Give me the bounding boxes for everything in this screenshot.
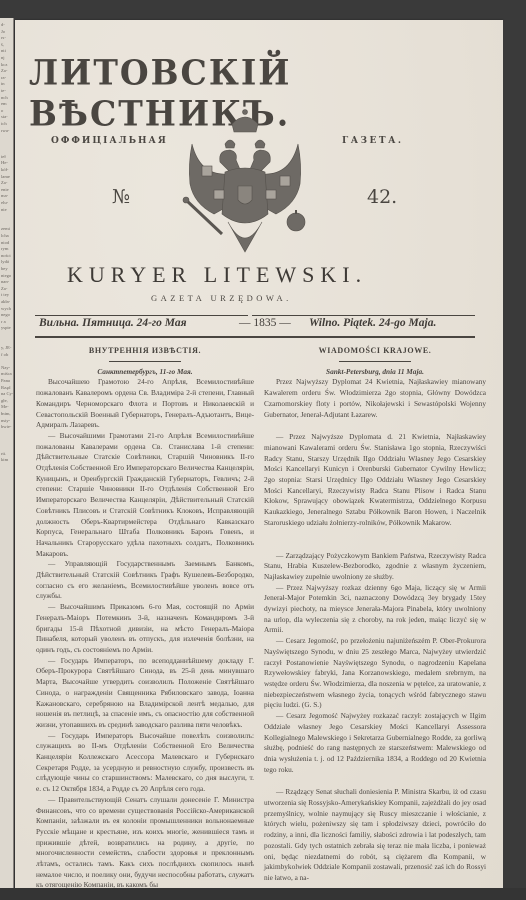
adjacent-page-text: d- Jo rs- š, nti nj kcz Za- ra- in te- n…: [0, 18, 13, 464]
column-russian: ВНУТРЕННІЯ ИЗВѢСТІЯ. Санктпетербургъ, 11…: [36, 344, 254, 890]
section-rule: [109, 361, 181, 362]
dateline-pl: Wilno. Piątek. 24-go Maja.: [309, 317, 436, 329]
article-paragraph: — Zarządzający Pożyczkowym Bankiem Państ…: [264, 551, 486, 583]
dateline-year: — 1835 —: [239, 317, 291, 329]
article-paragraph: — Rządzący Senat słuchali doniesienia P.…: [264, 787, 486, 883]
article-paragraph: — Правительствующій Сенатъ слушали донес…: [36, 795, 254, 890]
scan-background-right: [503, 20, 526, 900]
dateline-rule-bottom: [35, 336, 475, 338]
column-polish: WIADOMOŚCI KRAJOWE. Sankt-Petersburg, dn…: [264, 344, 486, 884]
article-paragraph: Przez Najwyższy Dyplomat 24 Kwietnia, Na…: [264, 377, 486, 420]
adjacent-page-strip: d- Jo rs- š, nti nj kcz Za- ra- in te- n…: [0, 18, 14, 900]
section-title-pl: WIADOMOŚCI KRAJOWE.: [264, 346, 486, 357]
article-paragraph: — Управляющій Государственнымъ Заемнымъ …: [36, 559, 254, 602]
article-paragraph: Высочайшею Грамотою 24-го Апрѣля, Всемил…: [36, 377, 254, 431]
dateline-rule-top: [35, 315, 475, 316]
masthead-subtitle-right: ГАЗЕТА.: [342, 136, 404, 146]
article-paragraph: — Высочайшими Грамотами 21-го Апрѣля Все…: [36, 431, 254, 559]
masthead-title-pl: KURYER LITEWSKI.: [67, 262, 447, 288]
section-rule: [339, 361, 411, 362]
place-date-pl: Sankt-Petersburg, dnia 11 Maja.: [264, 367, 486, 378]
article-paragraph: — Przez Najwyższy rozkaz dzienny 6go Maj…: [264, 583, 486, 637]
article-paragraph: — Государь Императоръ, по всеподданнѣйше…: [36, 656, 254, 731]
article-paragraph: — Высочайшимъ Приказомъ 6-го Мая, состоя…: [36, 602, 254, 656]
masthead-subtitle-pl: GAZETA URZĘDOWA.: [151, 293, 292, 303]
article-paragraph: — Cesarz Jegomość, po przełożeniu najuni…: [264, 636, 486, 711]
masthead-subtitle-left: ОФФИЦІАЛЬНАЯ: [51, 136, 168, 146]
issue-number: 42.: [367, 186, 397, 208]
dateline-ru: Вильна. Пятница. 24-го Мая: [39, 317, 187, 329]
scan-background-bottom: [0, 888, 526, 900]
article-paragraph: — Cesarz Jegomość Najwyżey rozkazać racz…: [264, 711, 486, 775]
double-headed-eagle-icon: [180, 104, 310, 264]
issue-number-label: №: [112, 186, 130, 208]
newspaper-page: ЛИТОВСКІЙ ВѢСТНИКЪ. ОФФИЦІАЛЬНАЯ ГАЗЕТА.…: [15, 20, 503, 890]
article-paragraph: — Государь Императоръ Высочайше повелѣть…: [36, 731, 254, 795]
place-date-ru: Санктпетербургъ, 11-го Мая.: [36, 367, 254, 378]
article-paragraph: — Przez Najwyższe Dyplomata d. 21 Kwietn…: [264, 432, 486, 528]
section-title-ru: ВНУТРЕННІЯ ИЗВѢСТІЯ.: [36, 346, 254, 357]
